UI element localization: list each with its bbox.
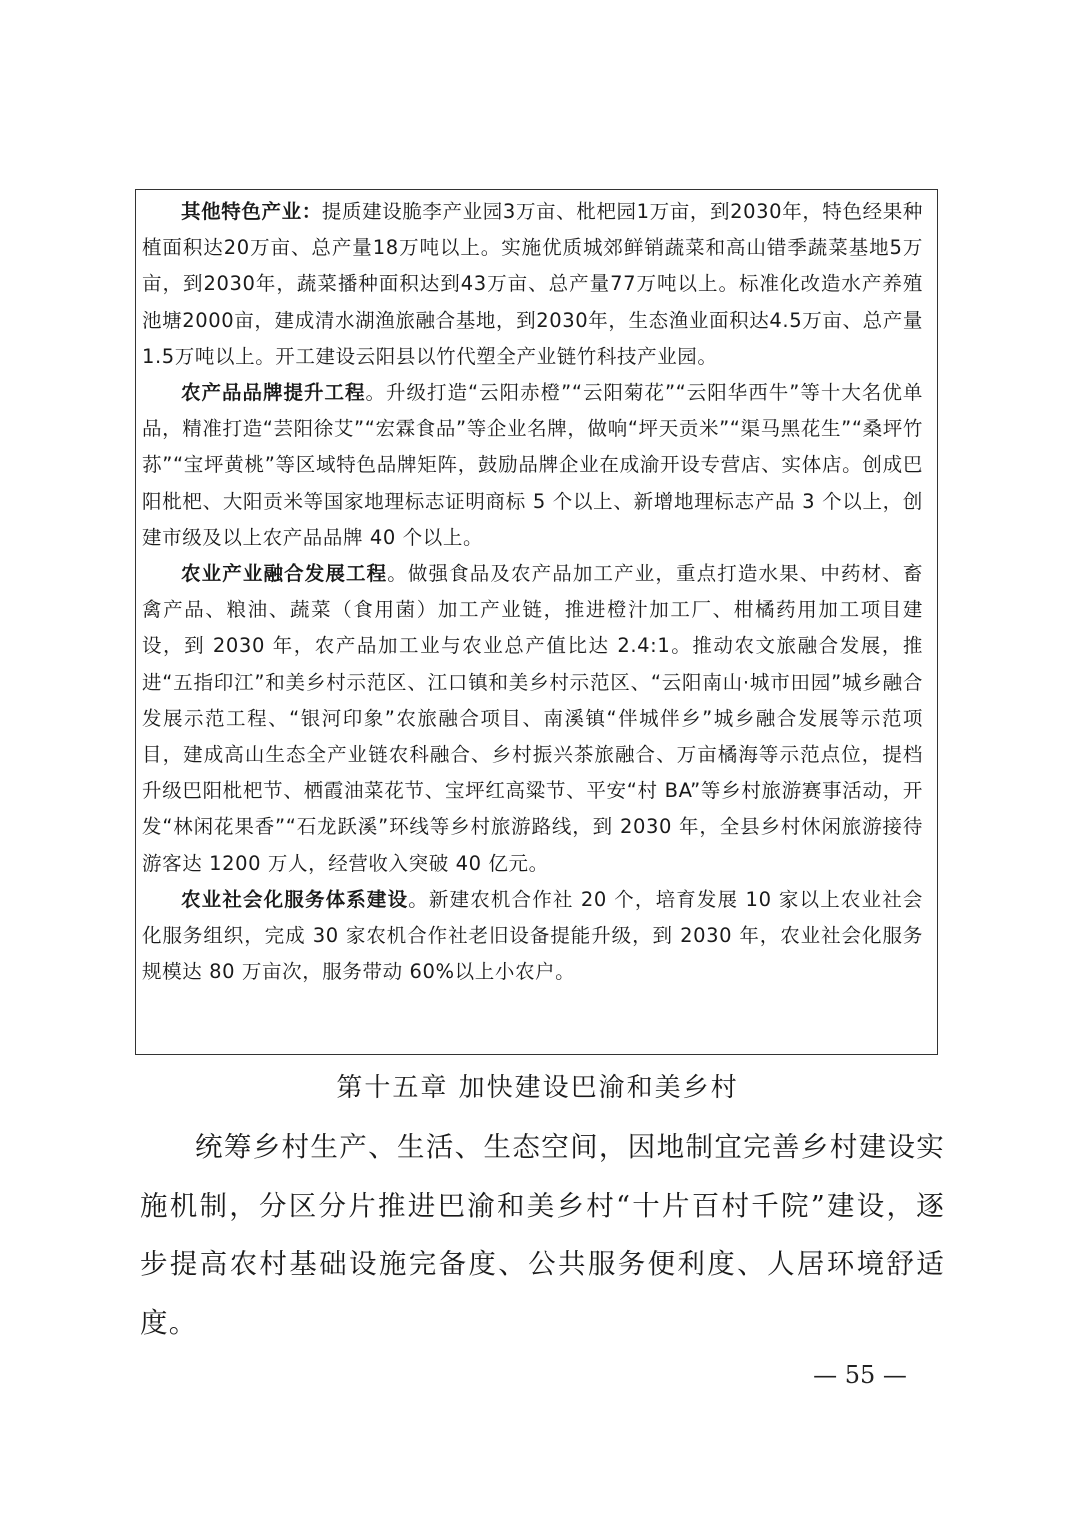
paragraph-brand-upgrade: 农产品品牌提升工程。升级打造“云阳赤橙”“云阳菊花”“云阳华西牛”等十大名优单品… (142, 375, 923, 556)
paragraph-text: 提质建设脆李产业园3万亩、枇杷园1万亩，到2030年，特色经果种植面积达20万亩… (142, 200, 923, 368)
paragraph-text: 。升级打造“云阳赤橙”“云阳菊花”“云阳华西牛”等十大名优单品，精准打造“芸阳徐… (142, 381, 923, 549)
paragraph-lead: 农业产业融合发展工程 (181, 562, 387, 585)
chapter-body-paragraph: 统筹乡村生产、生活、生态空间，因地制宜完善乡村建设实施机制，分区分片推进巴渝和美… (140, 1118, 945, 1352)
chapter-body: 统筹乡村生产、生活、生态空间，因地制宜完善乡村建设实施机制，分区分片推进巴渝和美… (140, 1118, 945, 1352)
paragraph-lead: 其他特色产业： (181, 200, 322, 223)
paragraph-industry-integration: 农业产业融合发展工程。做强食品及农产品加工产业，重点打造水果、中药材、畜禽产品、… (142, 556, 923, 882)
paragraph-lead: 农业社会化服务体系建设 (181, 888, 408, 911)
paragraph-text: 。做强食品及农产品加工产业，重点打造水果、中药材、畜禽产品、粮油、蔬菜（食用菌）… (142, 562, 923, 875)
paragraph-social-services: 农业社会化服务体系建设。新建农机合作社 20 个，培育发展 10 家以上农业社会… (142, 882, 923, 991)
highlight-box: 其他特色产业：提质建设脆李产业园3万亩、枇杷园1万亩，到2030年，特色经果种植… (135, 189, 938, 1055)
paragraph-lead: 农产品品牌提升工程 (181, 381, 366, 404)
page-number: — 55 — (800, 1360, 920, 1390)
document-page: 其他特色产业：提质建设脆李产业园3万亩、枇杷园1万亩，到2030年，特色经果种植… (0, 0, 1074, 1520)
paragraph-other-specialty-industries: 其他特色产业：提质建设脆李产业园3万亩、枇杷园1万亩，到2030年，特色经果种植… (142, 194, 923, 375)
chapter-title: 第十五章 加快建设巴渝和美乡村 (135, 1066, 940, 1110)
